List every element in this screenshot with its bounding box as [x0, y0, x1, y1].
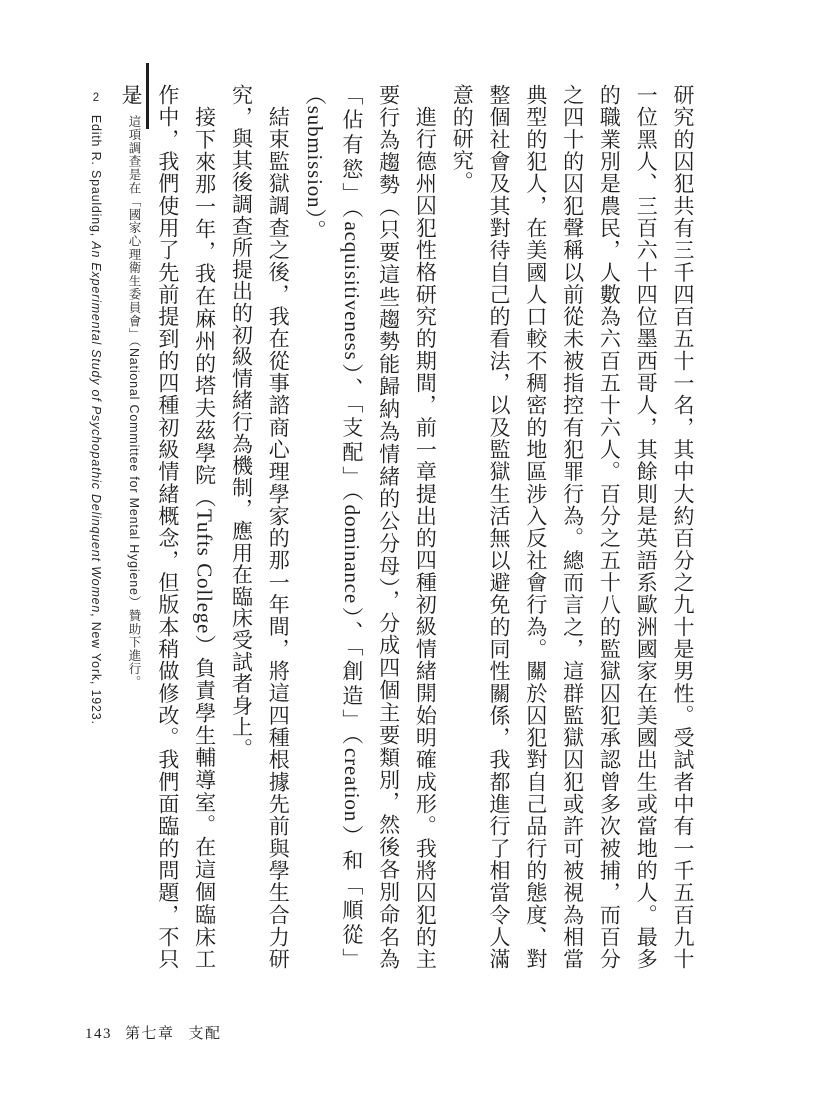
main-text-block: 研究的囚犯共有三千四百五十一名，其中大約百分之九十是男性。受試者中有一千五百九十…	[112, 84, 701, 970]
page-footer: 143第七章支配	[85, 1022, 222, 1043]
footnote-item: 2Edith R. Spaulding, An Experimental Stu…	[77, 92, 115, 782]
paragraph: 結束監獄調查之後，我在從事諮商心理學家的那一年間，將這四種根據先前與學生合力研究…	[223, 84, 297, 970]
footnote-text: 這項調查是在「國家心理衛生委員會」（National Committee for…	[127, 115, 141, 689]
chapter-title: 支配	[189, 1026, 222, 1042]
footnotes-block: 1這項調查是在「國家心理衛生委員會」（National Committee fo…	[77, 92, 153, 782]
page-number: 143	[85, 1026, 112, 1042]
chapter-label: 第七章	[125, 1026, 175, 1042]
footnote-text: , New York, 1923.	[89, 613, 103, 725]
paragraph: 研究的囚犯共有三千四百五十一名，其中大約百分之九十是男性。受試者中有一千五百九十…	[443, 84, 701, 970]
footnote-text: Edith R. Spaulding,	[89, 115, 103, 242]
footnote-book-title: An Experimental Study of Psychopathic De…	[89, 241, 103, 613]
footnote-number: 1	[128, 92, 140, 105]
paragraph: 進行德州囚犯性格研究的期間，前一章提出的四種初級情緒開始明確成形。我將囚犯的主要…	[296, 84, 443, 970]
footnote-item: 1這項調查是在「國家心理衛生委員會」（National Committee fo…	[115, 92, 153, 782]
book-page: 研究的囚犯共有三千四百五十一名，其中大約百分之九十是男性。受試者中有一千五百九十…	[0, 0, 813, 1100]
footnote-number: 2	[90, 92, 102, 105]
